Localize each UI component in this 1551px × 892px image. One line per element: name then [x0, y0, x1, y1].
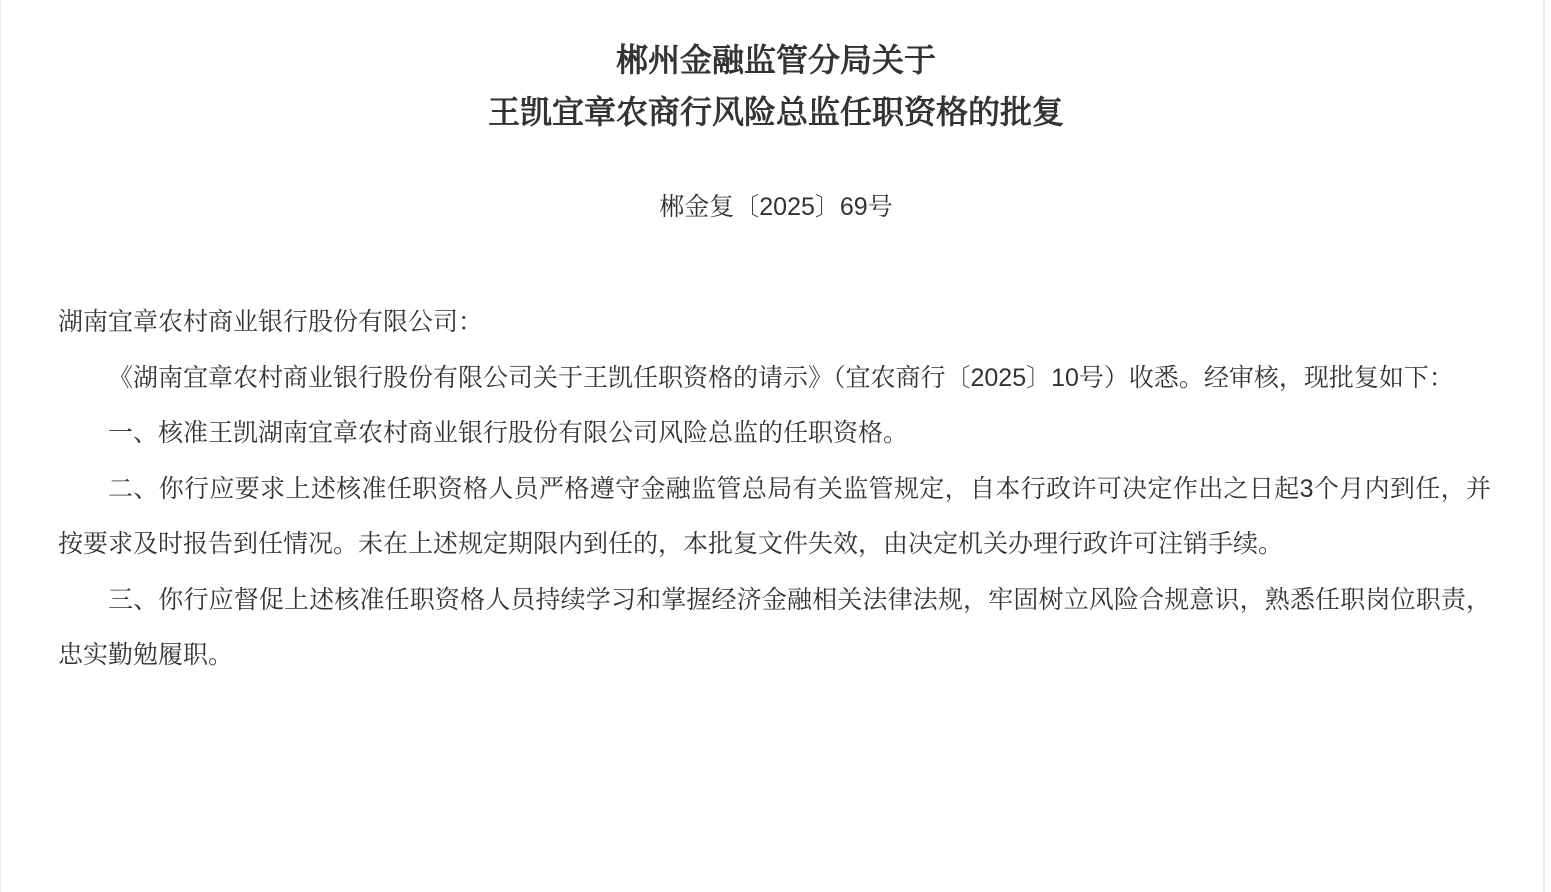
- document-body: 湖南宜章农村商业银行股份有限公司： 《湖南宜章农村商业银行股份有限公司关于王凯任…: [1, 295, 1551, 684]
- document-title-line-1: 郴州金融监管分局关于: [1, 34, 1551, 86]
- paragraph-intro: 《湖南宜章农村商业银行股份有限公司关于王凯任职资格的请示》（宜农商行〔2025〕…: [58, 351, 1491, 407]
- document-title-line-2: 王凯宜章农商行风险总监任职资格的批复: [1, 86, 1551, 138]
- paragraph-item-3: 三、你行应督促上述核准任职资格人员持续学习和掌握经济金融相关法律法规，牢固树立风…: [58, 573, 1491, 684]
- document-title: 郴州金融监管分局关于 王凯宜章农商行风险总监任职资格的批复: [1, 0, 1551, 138]
- scrollbar-track[interactable]: [1543, 0, 1545, 892]
- paragraph-item-1: 一、核准王凯湖南宜章农村商业银行股份有限公司风险总监的任职资格。: [58, 406, 1491, 462]
- paragraph-addressee: 湖南宜章农村商业银行股份有限公司：: [58, 295, 1491, 351]
- paragraph-item-2: 二、你行应要求上述核准任职资格人员严格遵守金融监管总局有关监管规定，自本行政许可…: [58, 462, 1491, 573]
- document-number: 郴金复〔2025〕69号: [1, 192, 1551, 222]
- document-page: 郴州金融监管分局关于 王凯宜章农商行风险总监任职资格的批复 郴金复〔2025〕6…: [0, 0, 1551, 892]
